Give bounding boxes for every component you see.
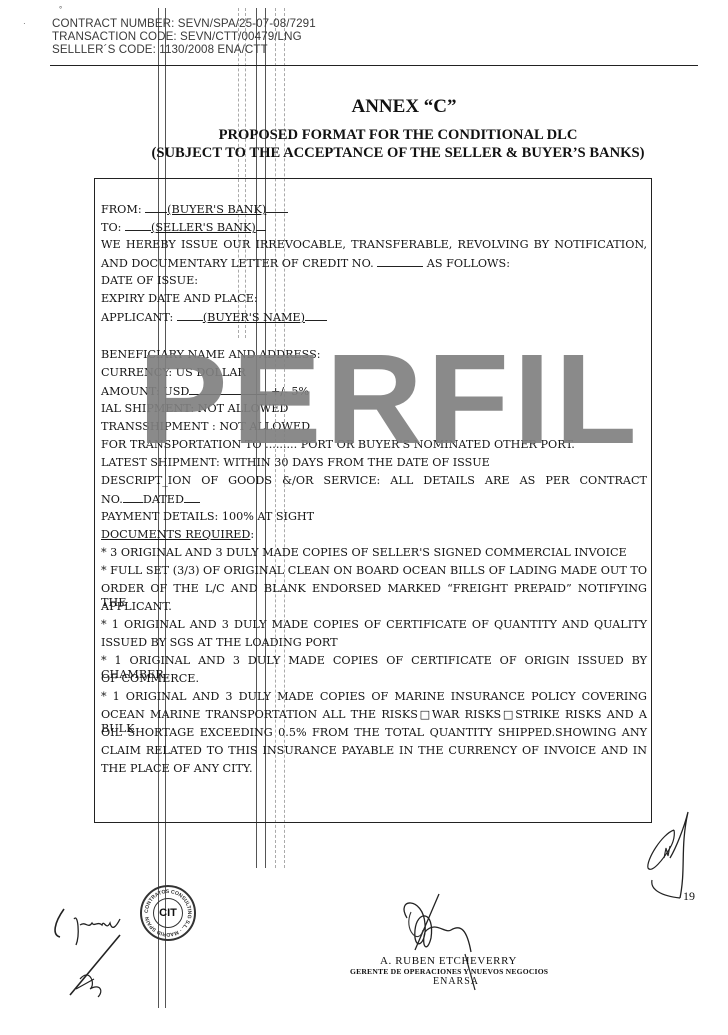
amount-label: AMOUNT: USD: [101, 385, 189, 398]
blank: [256, 220, 266, 231]
doc-item-1: * 3 ORIGINAL AND 3 DULY MADE COPIES OF S…: [101, 546, 627, 560]
stamp-center-text: CIT: [153, 898, 183, 928]
scan-speck: °: [59, 5, 62, 14]
doc-item-5-line3: OIL SHORTAGE EXCEEDING 0.5% FROM THE TOT…: [101, 726, 647, 740]
date-of-issue: DATE OF ISSUE:: [101, 274, 198, 288]
blank: [177, 310, 203, 321]
doc-item-2-line2: ORDER OF THE L/C AND BLANK ENDORSED MARK…: [101, 582, 647, 610]
beneficiary: BENEFICIARY NAME AND ADDRESS:: [101, 348, 321, 362]
company-stamp: CONTRATOS CONSULTING S.L. · MADRID SPAIN…: [140, 885, 196, 941]
blank: [305, 310, 327, 321]
applicant-label: APPLICANT:: [101, 311, 173, 324]
signatory-organization: ENARSA: [433, 976, 479, 987]
sellers-code: SELLLER´S CODE: 1130/2008 ENA/CTT: [52, 43, 316, 56]
doc-item-4-line2: OF COMMERCE.: [101, 672, 199, 686]
signatory-role: GERENTE DE OPERACIONES Y NUEVOS NEGOCIOS: [350, 967, 548, 976]
issue-line-2: AND DOCUMENTARY LETTER OF CREDIT NO. AS …: [101, 256, 510, 271]
contract-number: CONTRACT NUMBER: SEVN/SPA/25-07-08/7291: [52, 17, 316, 30]
to-label: TO:: [101, 221, 121, 234]
handwritten-initials-right: [640, 808, 690, 900]
contract-no-dated: NO.DATED: [101, 492, 200, 507]
header-divider: [50, 65, 698, 66]
expiry-date-place: EXPIRY DATE AND PLACE:: [101, 292, 258, 306]
page-number: 19: [683, 889, 695, 904]
transaction-code: TRANSACTION CODE: SEVN/CTT/00479/LNG: [52, 30, 316, 43]
blank: [123, 492, 143, 503]
colon: :: [250, 528, 254, 541]
applicant-value: (BUYER'S NAME): [203, 311, 305, 324]
from-label: FROM:: [101, 203, 142, 216]
signatory-name: A. RUBEN ETCHEVERRY: [380, 955, 517, 967]
description-of-goods: DESCRIPT_ION OF GOODS &/OR SERVICE: ALL …: [101, 474, 647, 488]
issue-line-1: WE HEREBY ISSUE OUR IRREVOCABLE, TRANSFE…: [101, 238, 647, 252]
from-value: (BUYER'S BANK): [167, 203, 266, 216]
annex-title: ANNEX “C”: [40, 96, 728, 118]
to-line: TO: (SELLER'S BANK): [101, 220, 266, 235]
blank: [125, 220, 151, 231]
latest-shipment: LATEST SHIPMENT: WITHIN 30 DAYS FROM THE…: [101, 456, 490, 470]
to-value: (SELLER'S BANK): [151, 221, 256, 234]
doc-item-2-line1: * FULL SET (3/3) OF ORIGINAL CLEAN ON BO…: [101, 564, 647, 578]
transportation: FOR TRANSPORTATION TO ......... PORT OR …: [101, 438, 575, 452]
lc-number-blank: [377, 256, 423, 267]
dated-label: DATED: [143, 493, 184, 506]
from-line: FROM: (BUYER'S BANK): [101, 202, 288, 217]
amount-line: AMOUNT: USD +/- 5%: [101, 384, 309, 399]
partial-shipment: IAL SHIPMENT: NOT ALLOWED: [101, 402, 288, 416]
scan-speck: ·: [23, 19, 26, 28]
doc-item-2-line3: APPLICANT.: [101, 600, 172, 614]
payment-details: PAYMENT DETAILS: 100% AT SIGHT: [101, 510, 314, 524]
amount-blank: [189, 384, 267, 395]
doc-item-5-line1: * 1 ORIGINAL AND 3 DULY MADE COPIES OF M…: [101, 690, 647, 704]
blank: [184, 492, 200, 503]
contract-codes: CONTRACT NUMBER: SEVN/SPA/25-07-08/7291 …: [52, 17, 316, 56]
lc-number-label: AND DOCUMENTARY LETTER OF CREDIT NO.: [101, 257, 374, 270]
amount-tolerance: +/- 5%: [271, 385, 309, 398]
handwritten-signature-left: [50, 905, 140, 1005]
as-follows: AS FOLLOWS:: [427, 257, 510, 270]
blank: [145, 202, 167, 213]
doc-item-5-line4: CLAIM RELATED TO THIS INSURANCE PAYABLE …: [101, 744, 647, 758]
applicant-line: APPLICANT: (BUYER'S NAME): [101, 310, 327, 325]
documents-heading: DOCUMENTS REQUIRED:: [101, 528, 254, 542]
documents-required: DOCUMENTS REQUIRED: [101, 528, 250, 541]
currency: CURRENCY: US DOLLAR: [101, 366, 246, 380]
contract-no-label: NO.: [101, 493, 123, 506]
doc-item-3-line1: * 1 ORIGINAL AND 3 DULY MADE COPIES OF C…: [101, 618, 647, 632]
document-page: · ° CONTRACT NUMBER: SEVN/SPA/25-07-08/7…: [0, 0, 728, 1035]
doc-item-5-line5: THE PLACE OF ANY CITY.: [101, 762, 253, 776]
document-subtitle-note: (SUBJECT TO THE ACCEPTANCE OF THE SELLER…: [34, 145, 728, 162]
transshipment: TRANSSHIPMENT : NOT ALLOWED: [101, 420, 310, 434]
blank: [266, 202, 288, 213]
doc-item-3-line2: ISSUED BY SGS AT THE LOADING PORT: [101, 636, 338, 650]
document-subtitle: PROPOSED FORMAT FOR THE CONDITIONAL DLC: [34, 127, 728, 144]
